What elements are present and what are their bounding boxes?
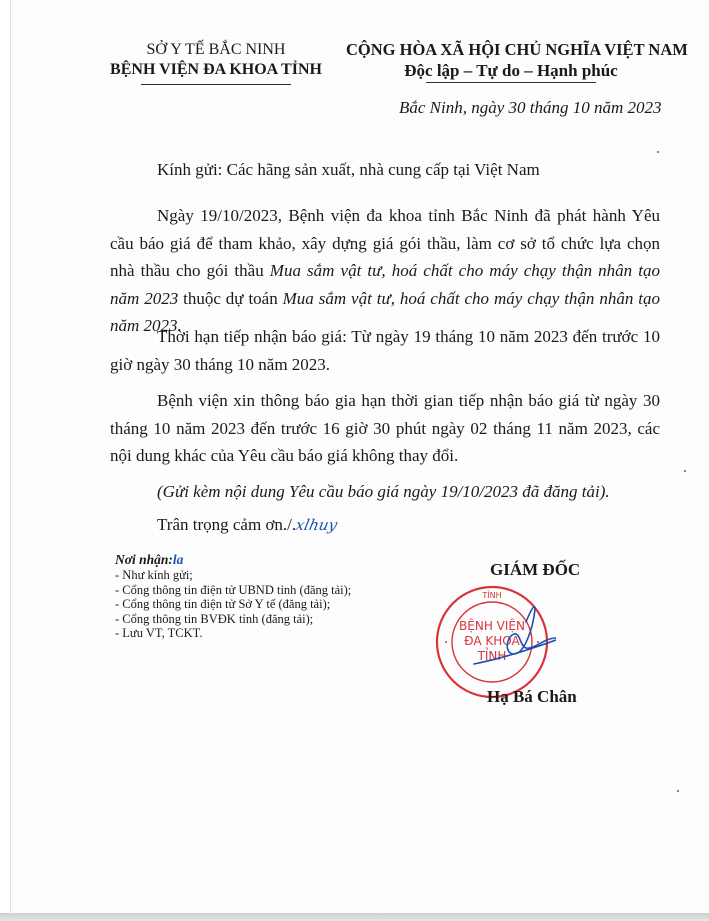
scan-speck	[684, 470, 686, 472]
scan-speck	[677, 790, 679, 792]
recipient-item: - Như kính gửi;	[115, 568, 351, 583]
recipient-item: - Lưu VT, TCKT.	[115, 626, 351, 641]
salutation: Kính gửi: Các hãng sản xuất, nhà cung cấ…	[157, 160, 540, 180]
org-underline	[141, 84, 291, 85]
attachment-note: (Gửi kèm nội dung Yêu cầu báo giá ngày 1…	[157, 482, 610, 502]
handwritten-mark: la	[173, 552, 184, 567]
svg-text:BỆNH VIỆN: BỆNH VIỆN	[459, 618, 525, 633]
svg-text:TỈNH: TỈNH	[481, 589, 501, 600]
closing-line: Trân trọng cảm ơn./.xlhuy	[157, 515, 337, 535]
issuing-organization: SỞ Y TẾ BẮC NINH BỆNH VIỆN ĐA KHOA TỈNH	[96, 40, 336, 85]
hospital-name: BỆNH VIỆN ĐA KHOA TỈNH	[96, 60, 336, 80]
scan-speck	[657, 151, 659, 153]
recipient-item: - Cổng thông tin điện tử Sở Y tế (đăng t…	[115, 597, 351, 612]
country-name: CỘNG HÒA XÃ HỘI CHỦ NGHĨA VIỆT NAM	[346, 40, 676, 60]
recipients-block: Nơi nhận:la - Như kính gửi; - Cổng thông…	[115, 551, 351, 641]
paragraph-deadline: Thời hạn tiếp nhận báo giá: Từ ngày 19 t…	[110, 323, 660, 378]
recipients-label: Nơi nhận:la	[115, 551, 351, 568]
p1-middle-text: thuộc dự toán	[178, 289, 282, 308]
closing-text: Trân trọng cảm ơn./.	[157, 515, 296, 534]
paragraph-announcement: Ngày 19/10/2023, Bệnh viện đa khoa tỉnh …	[110, 202, 660, 340]
deadline-text: Thời hạn tiếp nhận báo giá: Từ ngày 19 t…	[110, 323, 660, 378]
recipient-item: - Cổng thông tin BVĐK tỉnh (đăng tải);	[115, 612, 351, 627]
svg-text:ĐA KHOA: ĐA KHOA	[464, 634, 520, 648]
signer-name: Hạ Bá Chân	[487, 687, 577, 707]
handwritten-initials: xlhuy	[294, 516, 339, 534]
motto-underline	[426, 82, 596, 83]
recipient-item: - Cổng thông tin điện tử UBND tỉnh (đăng…	[115, 583, 351, 598]
recipients-label-text: Nơi nhận:	[115, 552, 173, 567]
department-name: SỞ Y TẾ BẮC NINH	[96, 40, 336, 60]
national-motto: Độc lập – Tự do – Hạnh phúc	[346, 60, 676, 81]
extension-text: Bệnh viện xin thông báo gia hạn thời gia…	[110, 387, 660, 470]
place-date: Bắc Ninh, ngày 30 tháng 10 năm 2023	[399, 98, 662, 118]
signer-title: GIÁM ĐỐC	[490, 560, 580, 580]
paragraph-extension: Bệnh viện xin thông báo gia hạn thời gia…	[110, 387, 660, 470]
national-heading: CỘNG HÒA XÃ HỘI CHỦ NGHĨA VIỆT NAM Độc l…	[346, 40, 676, 83]
official-stamp-icon: TỈNH BỆNH VIỆN ĐA KHOA TỈNH	[434, 582, 556, 704]
page-bottom-edge	[0, 913, 709, 921]
